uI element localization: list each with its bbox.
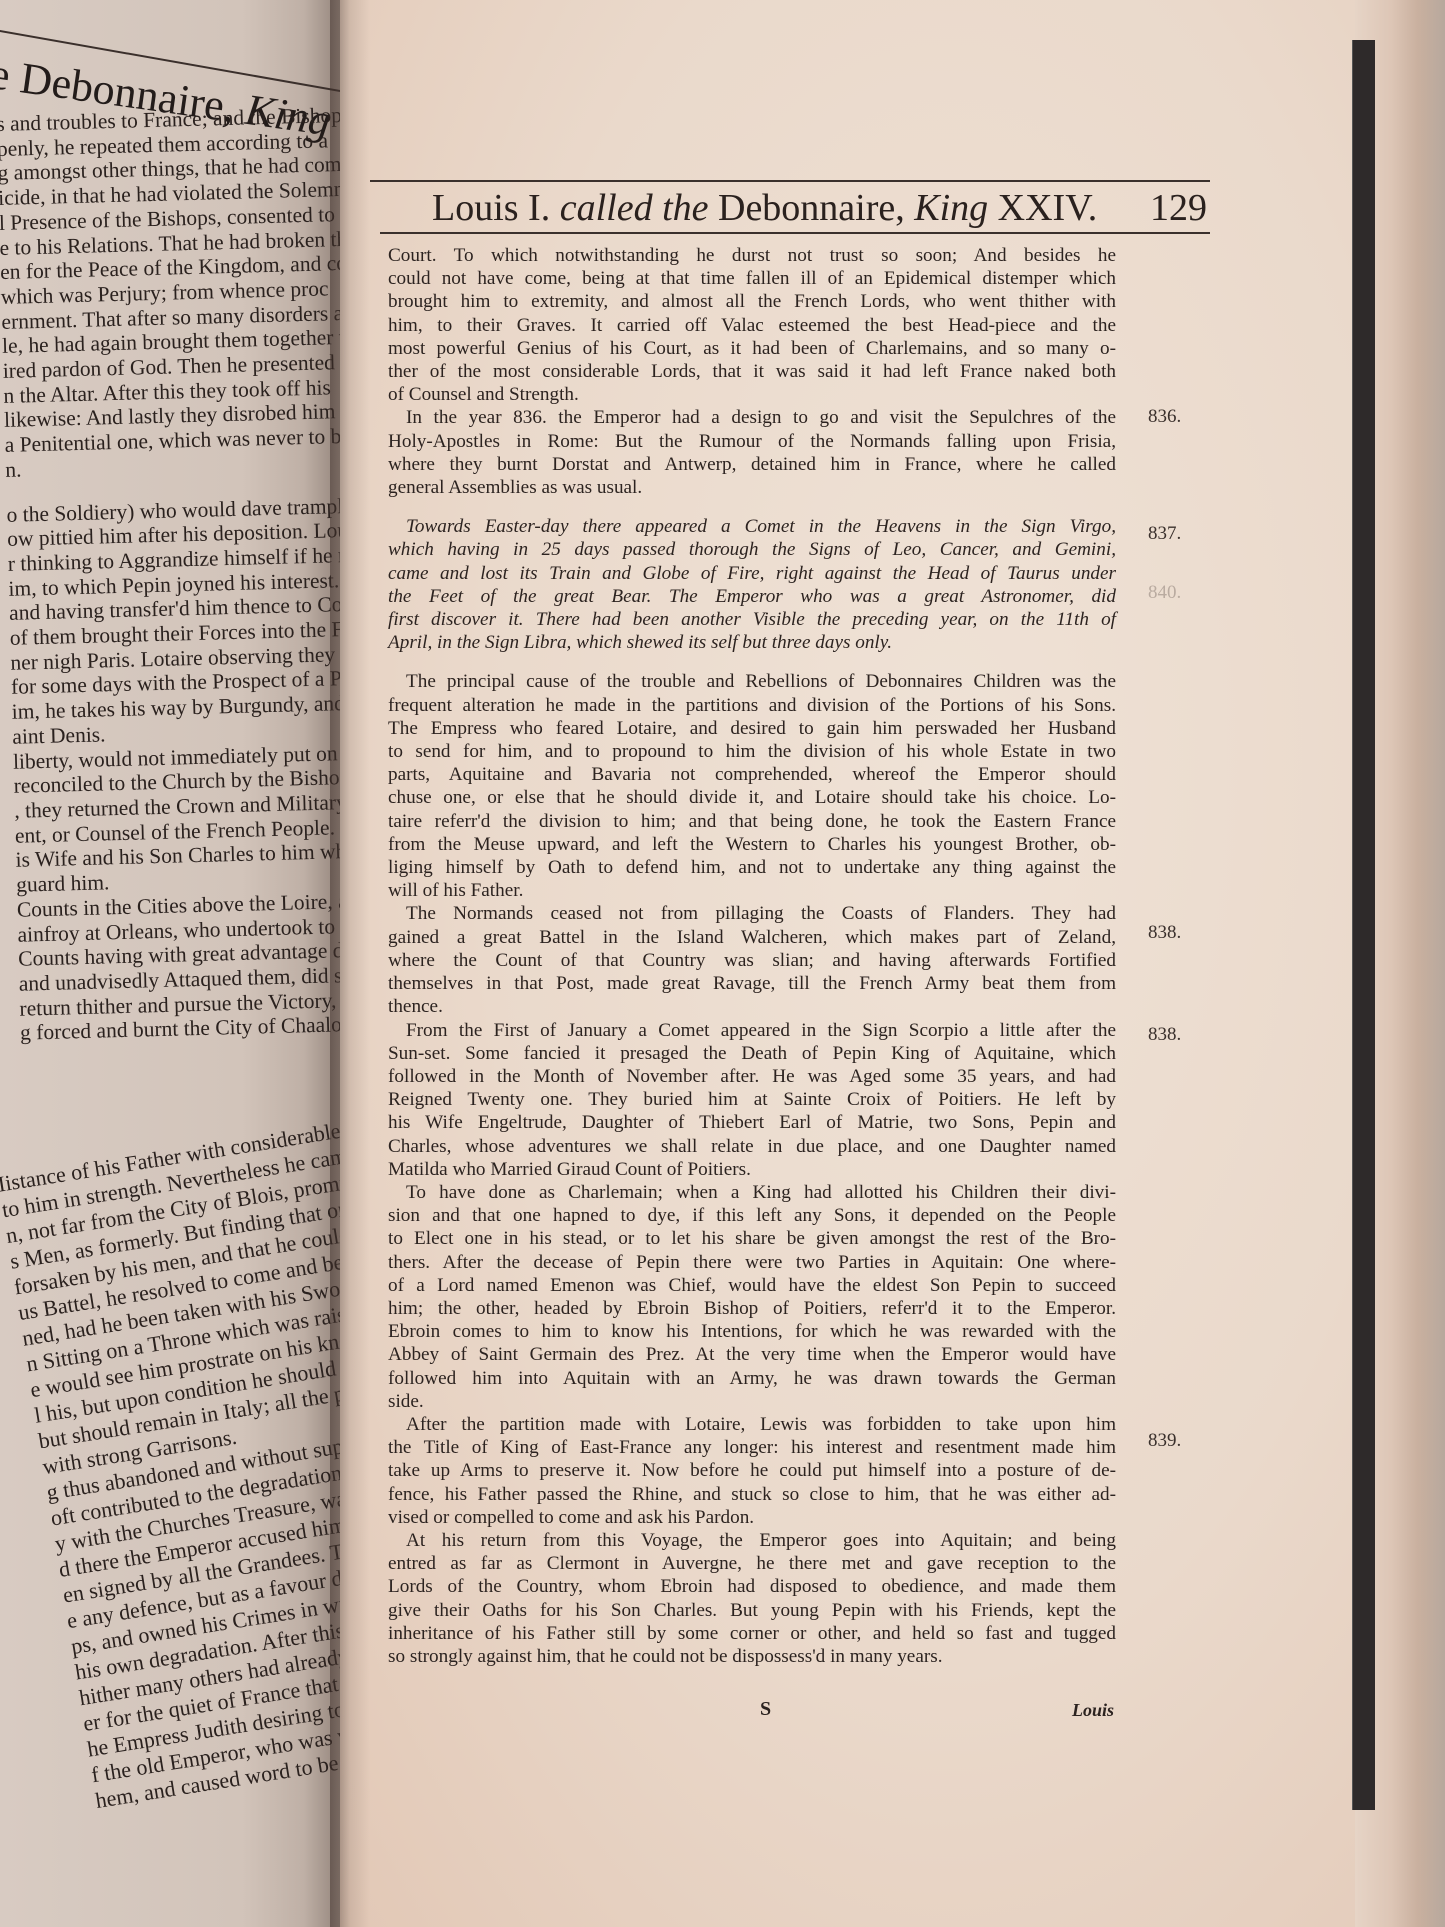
text-line: themselves in that Post, made great Rava… <box>388 972 1116 995</box>
text-line: brought him to extremity, and almost all… <box>388 290 1116 313</box>
left-text-bottom: Iistance of his Father with considerable… <box>0 1113 347 1814</box>
text-line: In the year 836. the Emperor had a desig… <box>388 406 1116 429</box>
paragraph-gap <box>388 654 1116 670</box>
text-line: sion and that one hapned to dye, if this… <box>388 1204 1116 1227</box>
text-line: Charles, whose adventures we shall relat… <box>388 1135 1116 1158</box>
left-page: e Debonnaire, King XXIV. s and troubles … <box>0 0 347 1927</box>
paragraph: In the year 836. the Emperor had a desig… <box>388 406 1116 499</box>
text-line: where they burnt Dorstat and Antwerp, de… <box>388 453 1116 476</box>
paragraph: The principal cause of the trouble and R… <box>388 670 1116 902</box>
margin-year-836: 836. <box>1148 406 1181 428</box>
text-line: The Empress who feared Lotaire, and desi… <box>388 717 1116 740</box>
text-line: thers. After the decease of Pepin there … <box>388 1251 1116 1274</box>
left-text-top: s and troubles to France; and the Bishop… <box>0 103 347 1046</box>
text-line: vised or compelled to come and ask his P… <box>388 1506 1116 1529</box>
text-line: the Feet of the great Bear. The Emperor … <box>388 585 1116 608</box>
gutter-shadow <box>330 0 370 1927</box>
title-louis: Louis I. <box>432 187 560 229</box>
text-line: to send for him, and to propound to him … <box>388 740 1116 763</box>
paragraph: From the First of January a Comet appear… <box>388 1019 1116 1181</box>
text-line: Reigned Twenty one. They buried him at S… <box>388 1088 1116 1111</box>
text-line: from the Meuse upward, and left the West… <box>388 833 1116 856</box>
margin-year-838-a: 838. <box>1148 922 1181 944</box>
text-line: Holy-Apostles in Rome: But the Rumour of… <box>388 430 1116 453</box>
text-line: side. <box>388 1390 1116 1413</box>
text-line: Court. To which notwithstanding he durst… <box>388 244 1116 267</box>
text-line: Towards Easter-day there appeared a Come… <box>388 515 1116 538</box>
title-king: King <box>914 187 988 229</box>
text-line: Abbey of Saint Germain des Prez. At the … <box>388 1343 1116 1366</box>
text-line: parts, Aquitaine and Bavaria not compreh… <box>388 763 1116 786</box>
paragraph: To have done as Charlemain; when a King … <box>388 1181 1116 1413</box>
text-line: will of his Father. <box>388 879 1116 902</box>
text-line: ther of the most considerable Lords, tha… <box>388 360 1116 383</box>
text-line: inheritance of his Father still by some … <box>388 1622 1116 1645</box>
text-line: his Wife Engeltrude, Daughter of Thieber… <box>388 1111 1116 1134</box>
text-line: The principal cause of the trouble and R… <box>388 670 1116 693</box>
paragraph-gap <box>388 499 1116 515</box>
text-line: fence, his Father passed the Rhine, and … <box>388 1483 1116 1506</box>
margin-year-838-b: 838. <box>1148 1024 1181 1046</box>
text-line: thence. <box>388 995 1116 1018</box>
text-line: to Elect one in his stead, or to let his… <box>388 1227 1116 1250</box>
book-photo: e Debonnaire, King XXIV. s and troubles … <box>0 0 1445 1927</box>
text-line: followed him into Aquitain with an Army,… <box>388 1367 1116 1390</box>
margin-ghost-840: 840. <box>1148 582 1181 604</box>
text-line: To have done as Charlemain; when a King … <box>388 1181 1116 1204</box>
margin-year-837: 837. <box>1148 523 1181 545</box>
text-line: came and lost its Train and Globe of Fir… <box>388 562 1116 585</box>
paragraph: Court. To which notwithstanding he durst… <box>388 244 1116 406</box>
text-line: After the partition made with Lotaire, L… <box>388 1413 1116 1436</box>
text-line: At his return from this Voyage, the Empe… <box>388 1529 1116 1552</box>
paragraph: At his return from this Voyage, the Empe… <box>388 1529 1116 1668</box>
text-line: first discover it. There had been anothe… <box>388 608 1116 631</box>
paragraph: Towards Easter-day there appeared a Come… <box>388 515 1116 654</box>
text-line: Sun-set. Some fancied it presaged the De… <box>388 1042 1116 1065</box>
text-line: Ebroin comes to him to know his Intentio… <box>388 1320 1116 1343</box>
text-line: Lords of the Country, whom Ebroin had di… <box>388 1575 1116 1598</box>
text-line: The Normands ceased not from pillaging t… <box>388 902 1116 925</box>
text-line: of Counsel and Strength. <box>388 383 1116 406</box>
text-line: followed in the Month of November after.… <box>388 1065 1116 1088</box>
head-rule-top <box>370 180 1210 182</box>
text-line: April, in the Sign Libra, which shewed i… <box>388 631 1116 654</box>
text-line: frequent alteration he made in the parti… <box>388 694 1116 717</box>
text-line: entred as far as Clermont in Auvergne, h… <box>388 1552 1116 1575</box>
text-line: From the First of January a Comet appear… <box>388 1019 1116 1042</box>
text-line: him, to their Graves. It carried off Val… <box>388 314 1116 337</box>
running-head: Louis I. called the Debonnaire, King XXI… <box>370 172 1210 236</box>
text-line: gained a great Battel in the Island Walc… <box>388 926 1116 949</box>
margin-year-839: 839. <box>1148 1430 1181 1452</box>
title-called-the: called the <box>560 187 718 229</box>
text-line: Matilda who Married Giraud Count of Poit… <box>388 1158 1116 1181</box>
text-line: could not have come, being at that time … <box>388 267 1116 290</box>
page-number: 129 <box>1150 186 1207 230</box>
signature-mark: S <box>760 1698 771 1721</box>
text-line: so strongly against him, that he could n… <box>388 1645 1116 1668</box>
book-cover-edge <box>1352 40 1375 1810</box>
text-line: most powerful Genius of his Court, as it… <box>388 337 1116 360</box>
text-line: liging himself by Oath to defend him, an… <box>388 856 1116 879</box>
text-line: taire referr'd the division to him; and … <box>388 810 1116 833</box>
text-line: the Title of King of East-France any lon… <box>388 1436 1116 1459</box>
text-line: chuse one, or else that he should divide… <box>388 786 1116 809</box>
catchword: Louis <box>1072 1700 1114 1721</box>
text-line: where the Count of that Country was slia… <box>388 949 1116 972</box>
head-rule-bottom <box>380 232 1210 234</box>
paragraph: The Normands ceased not from pillaging t… <box>388 902 1116 1018</box>
paragraph: After the partition made with Lotaire, L… <box>388 1413 1116 1529</box>
text-line: him; the other, headed by Ebroin Bishop … <box>388 1297 1116 1320</box>
text-line: which having in 25 days passed thorough … <box>388 538 1116 561</box>
main-text: Court. To which notwithstanding he durst… <box>388 244 1116 1668</box>
text-line: general Assemblies as was usual. <box>388 476 1116 499</box>
page-title: Louis I. called the Debonnaire, King XXI… <box>432 186 1097 230</box>
text-line: take up Arms to preserve it. Now before … <box>388 1459 1116 1482</box>
title-numeral: XXIV. <box>988 187 1097 229</box>
text-line: of a Lord named Emenon was Chief, would … <box>388 1274 1116 1297</box>
title-debonnaire: Debonnaire, <box>718 187 914 229</box>
text-line: give their Oaths for his Son Charles. Bu… <box>388 1599 1116 1622</box>
